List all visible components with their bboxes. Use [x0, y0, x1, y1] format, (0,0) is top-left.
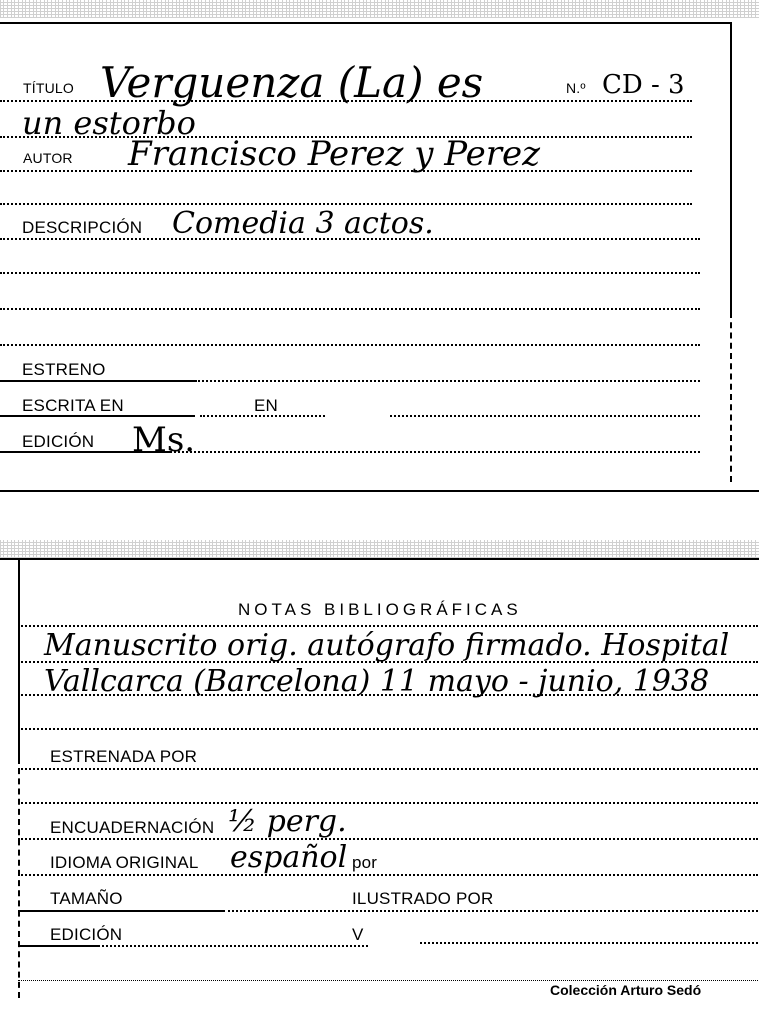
numero-label: N.º: [566, 80, 586, 96]
tamano-line-solid: [18, 910, 223, 912]
blank-line-3: [0, 308, 700, 310]
blank-line-2: [0, 272, 700, 274]
ilustrado-por-label: ILUSTRADO POR: [352, 889, 493, 909]
note-line-1-rule: [18, 661, 758, 663]
titulo-label: TÍTULO: [23, 80, 74, 96]
estreno-line: [195, 380, 700, 382]
numero-value: CD - 3: [602, 70, 685, 100]
estrenada-por-label: ESTRENADA POR: [50, 747, 197, 767]
autor-value: Francisco Perez y Perez: [128, 134, 540, 174]
blank-line-3: [18, 980, 758, 981]
idioma-original-line: [18, 874, 758, 876]
escrita-en-line: [0, 415, 195, 417]
note-line-1: Manuscrito orig. autógrafo firmado. Hosp…: [44, 628, 729, 663]
edicion-line-solid: [18, 945, 98, 947]
blank-line-1: [18, 728, 758, 730]
escrita-en-label: ESCRITA EN: [22, 396, 124, 416]
idioma-original-label: IDIOMA ORIGINAL: [50, 853, 198, 873]
heading-line: [18, 625, 758, 627]
notas-heading: NOTAS BIBLIOGRÁFICAS: [238, 600, 522, 620]
catalog-card-bottom: NOTAS BIBLIOGRÁFICAS Manuscrito orig. au…: [0, 540, 759, 1028]
encuadernacion-label: ENCUADERNACIÓN: [50, 818, 214, 838]
collection-credit: Colección Arturo Sedó: [550, 982, 701, 998]
edicion-value: Ms.: [132, 420, 195, 460]
edicion-label: EDICIÓN: [22, 432, 94, 452]
catalog-card-top: TÍTULO Verguenza (La) es N.º CD - 3 un e…: [0, 0, 759, 495]
estreno-label: ESTRENO: [22, 360, 106, 380]
blank-line-1: [0, 203, 692, 205]
encuadernacion-line: [18, 838, 758, 840]
card-bottom-border: [0, 490, 759, 492]
card-right-border: [730, 22, 732, 312]
estreno-line-solid: [0, 380, 195, 382]
autor-line: [0, 170, 692, 172]
autor-label: AUTOR: [23, 150, 73, 166]
en-line: [200, 415, 325, 417]
en-line-2: [390, 415, 700, 417]
idioma-original-value: español: [230, 840, 347, 875]
card-left-border-lower: [18, 758, 20, 998]
idioma-original-suffix: por: [352, 853, 377, 873]
descripcion-value: Comedia 3 actos.: [172, 206, 434, 241]
encuadernacion-value: ½ perg.: [228, 804, 347, 839]
estrenada-por-line: [18, 768, 758, 770]
edicion-label: EDICIÓN: [50, 925, 122, 945]
tamano-line: [223, 910, 758, 912]
tamano-label: TAMAÑO: [50, 889, 123, 909]
titulo-line: [0, 100, 692, 102]
card-right-border-lower: [730, 312, 732, 482]
edicion-line-solid: [0, 451, 170, 453]
edicion-line: [170, 451, 700, 453]
blank-line-2: [18, 802, 758, 804]
en-label: EN: [254, 396, 278, 416]
blank-line-4: [0, 344, 700, 346]
descripcion-label: DESCRIPCIÓN: [22, 218, 142, 238]
edicion-line: [98, 945, 368, 947]
descripcion-line: [0, 238, 700, 240]
edicion-line-2: [420, 942, 758, 944]
edicion-mark: V: [352, 925, 364, 945]
note-line-2-rule: [18, 694, 758, 696]
card-top-border: [0, 22, 730, 24]
card-top-border: [0, 558, 759, 560]
